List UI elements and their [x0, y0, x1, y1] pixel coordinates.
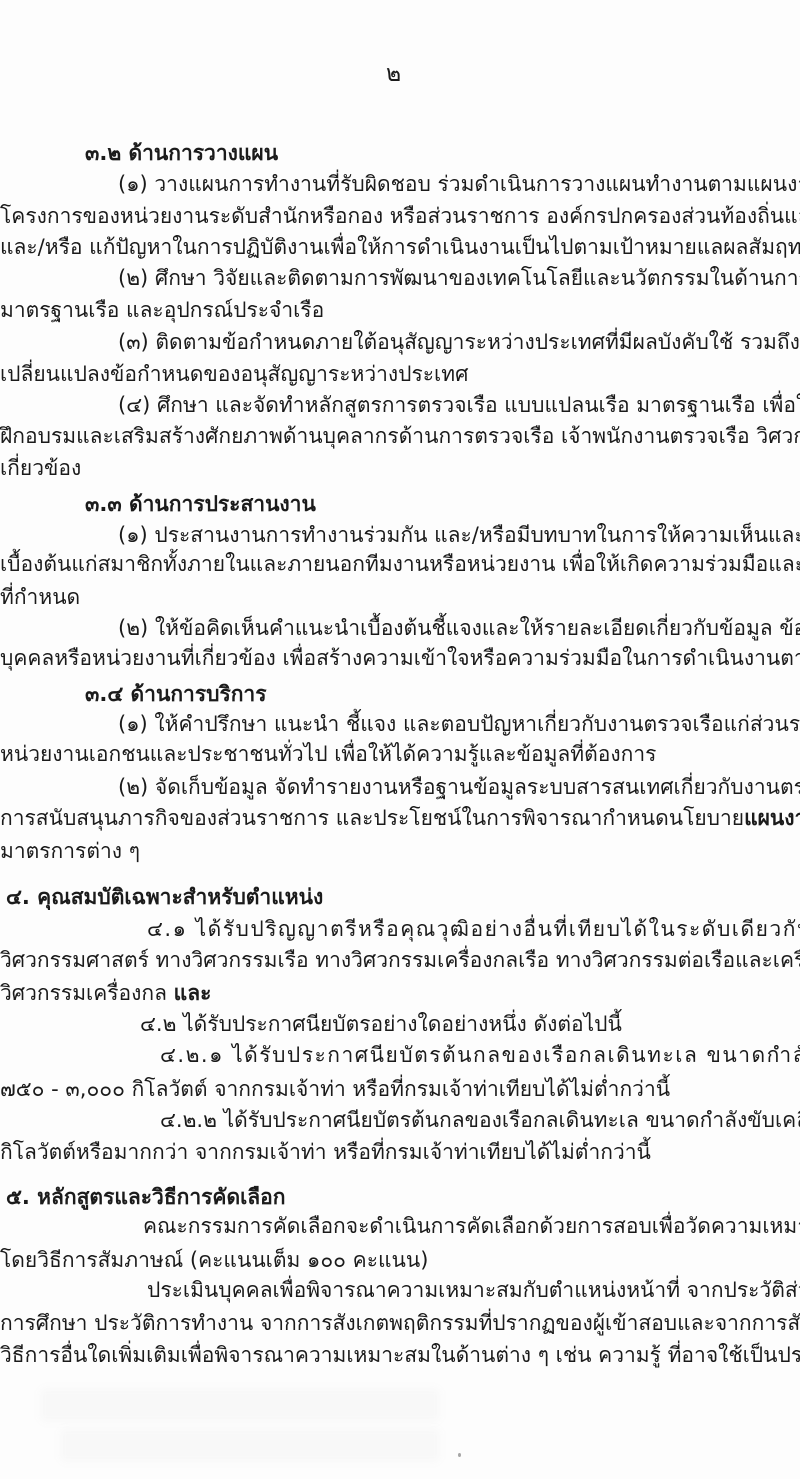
page-number: ๒: [386, 56, 401, 92]
text-line: มาตรฐานเรือ และอุปกรณ์ประจำเรือ: [0, 297, 324, 323]
section-heading: ๓.๔ ด้านการบริการ: [85, 681, 267, 707]
text-segment: วิศวกรรมเครื่องกล: [0, 981, 174, 1005]
text-line: การสนับสนุนภารกิจของส่วนราชการ และประโยช…: [0, 805, 800, 831]
text-line: การศึกษา ประวัติการทำงาน จากการสังเกตพฤต…: [0, 1310, 800, 1336]
text-line: มาตรการต่าง ๆ: [0, 838, 140, 864]
text-line: ประเมินบุคคลเพื่อพิจารณาความเหมาะสมกับตำ…: [147, 1277, 800, 1303]
section-heading: ๕. หลักสูตรและวิธีการคัดเลือก: [6, 1184, 285, 1210]
text-segment: และ: [174, 981, 212, 1005]
text-line: (๔) ศึกษา และจัดทำหลักสูตรการตรวจเรือ แบ…: [118, 392, 800, 418]
text-line: ๔.๒.๑ ได้รับประกาศนียบัตรต้นกลของเรือกลเ…: [160, 1042, 800, 1068]
text-line: (๒) จัดเก็บข้อมูล จัดทำรายงานหรือฐานข้อม…: [118, 774, 800, 800]
text-line: เปลี่ยนแปลงข้อกำหนดของอนุสัญญาระหว่างประ…: [0, 361, 468, 387]
text-line: โดยวิธีการสัมภาษณ์ (คะแนนเต็ม ๑๐๐ คะแนน): [0, 1247, 428, 1273]
text-line: กิโลวัตต์หรือมากกว่า จากกรมเจ้าท่า หรือท…: [0, 1139, 651, 1165]
section-heading: ๓.๒ ด้านการวางแผน: [85, 140, 278, 166]
text-line: เกี่ยวข้อง: [0, 455, 81, 481]
text-line: วิศวกรรมศาสตร์ ทางวิศวกรรมเรือ ทางวิศวกร…: [0, 947, 800, 973]
text-line: (๒) ศึกษา วิจัยและติดตามการพัฒนาของเทคโน…: [118, 265, 800, 291]
text-segment: การสนับสนุนภารกิจของส่วนราชการ และประโยช…: [0, 806, 744, 830]
text-line: (๓) ติดตามข้อกำหนดภายใต้อนุสัญญาระหว่างป…: [118, 329, 800, 355]
text-segment: แผนงาน: [744, 806, 800, 830]
text-line: เบื้องต้นแก่สมาชิกทั้งภายในและภายนอกทีมง…: [0, 551, 800, 577]
text-line: ๔.๒ ได้รับประกาศนียบัตรอย่างใดอย่างหนึ่ง…: [140, 1011, 622, 1037]
text-line: ๗๕๐ - ๓,๐๐๐ กิโลวัตต์ จากกรมเจ้าท่า หรือ…: [0, 1076, 670, 1102]
text-line: โครงการของหน่วยงานระดับสำนักหรือกอง หรือ…: [0, 203, 800, 229]
text-line: วิธีการอื่นใดเพิ่มเติมเพื่อพิจารณาความเห…: [0, 1342, 800, 1368]
section-heading: ๓.๓ ด้านการประสานงาน: [85, 491, 316, 517]
text-line: ๔.๑ ได้รับปริญญาตรีหรือคุณวุฒิอย่างอื่นท…: [147, 916, 800, 942]
text-line: ฝึกอบรมและเสริมสร้างศักยภาพด้านบุคลากรด้…: [0, 423, 800, 449]
text-line: คณะกรรมการคัดเลือกจะดำเนินการคัดเลือกด้ว…: [143, 1213, 800, 1239]
text-line: ๔.๒.๒ ได้รับประกาศนียบัตรต้นกลของเรือกลเ…: [160, 1107, 800, 1133]
text-line: ที่กำหนด: [0, 584, 80, 610]
scan-artifact: [40, 1388, 440, 1422]
text-line: (๑) ให้คำปรึกษา แนะนำ ชี้แจง และตอบปัญหา…: [118, 711, 800, 737]
text-line: วิศวกรรมเครื่องกล และ: [0, 980, 211, 1006]
text-line: (๑) ประสานงานการทำงานร่วมกัน และ/หรือมีบ…: [118, 522, 800, 548]
text-line: บุคคลหรือหน่วยงานที่เกี่ยวข้อง เพื่อสร้า…: [0, 645, 800, 671]
text-line: และ/หรือ แก้ปัญหาในการปฏิบัติงานเพื่อให้…: [0, 234, 800, 260]
document-page: ๒ ๓.๒ ด้านการวางแผน(๑) วางแผนการทำงานที่…: [0, 0, 800, 1479]
scan-artifact: [458, 1453, 461, 1457]
text-line: (๑) วางแผนการทำงานที่รับผิดชอบ ร่วมดำเนิ…: [118, 171, 800, 197]
text-line: (๒) ให้ข้อคิดเห็นคำแนะนำเบื้องต้นชี้แจงแ…: [118, 615, 800, 641]
scan-artifact: [60, 1428, 440, 1462]
section-heading: ๔. คุณสมบัติเฉพาะสำหรับตำแหน่ง: [6, 884, 323, 910]
text-line: หน่วยงานเอกชนและประชาชนทั่วไป เพื่อให้ได…: [0, 741, 656, 767]
